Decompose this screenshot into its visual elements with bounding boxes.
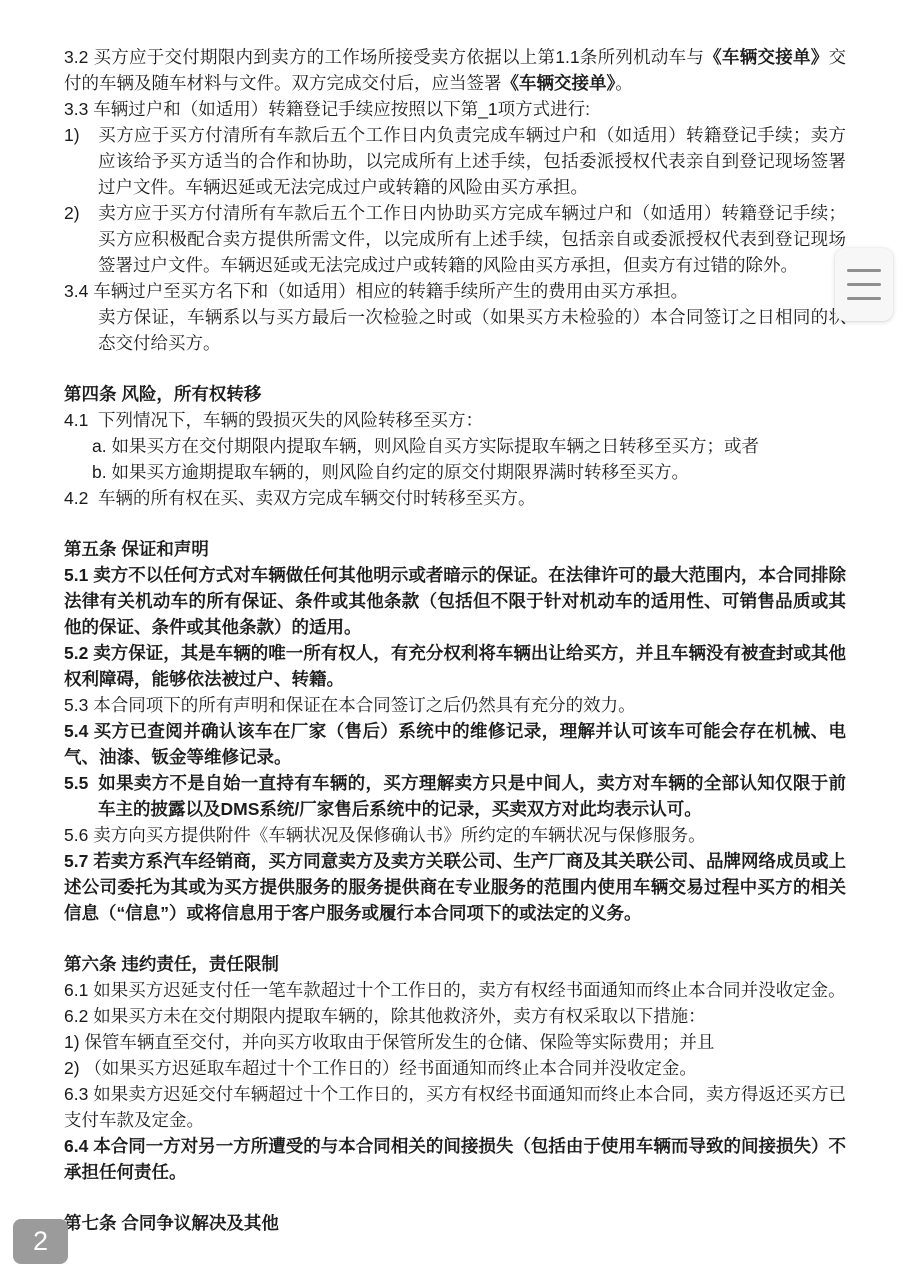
text-run: 第五条 保证和声明 — [64, 539, 209, 559]
text-run: 第七条 合同争议解决及其他 — [64, 1213, 279, 1233]
text-run: 1) 保管车辆直至交付，并向买方收取由于保管所发生的仓储、保险等实际费用；并且 — [64, 1032, 714, 1052]
paragraph: 卖方保证，车辆系以与买方最后一次检验之时或（如果买方未检验的）本合同签订之日相同… — [64, 304, 846, 356]
text-run: 3.3 车辆过户和（如适用）转籍登记手续应按照以下第_1项方式进行: — [64, 99, 590, 119]
paragraph: 3.4 车辆过户至买方名下和（如适用）相应的转籍手续所产生的费用由买方承担。 — [64, 278, 846, 304]
text-run: 如果卖方不是自始一直持有车辆的，买方理解卖方只是中间人，卖方对车辆的全部认知仅限… — [98, 773, 846, 819]
text-run: 《车辆交接单》 — [704, 47, 828, 67]
list-marker: 1) — [64, 122, 98, 148]
text-run: 卖方保证，车辆系以与买方最后一次检验之时或（如果买方未检验的）本合同签订之日相同… — [98, 307, 846, 353]
hamburger-bar — [847, 269, 881, 272]
paragraph: 5.7 若卖方系汽车经销商，买方同意卖方及卖方关联公司、生产厂商及其关联公司、品… — [64, 848, 846, 926]
paragraph: 5.2 卖方保证，其是车辆的唯一所有权人，有充分权利将车辆出让给买方，并且车辆没… — [64, 640, 846, 692]
text-run: b. 如果买方逾期提取车辆的，则风险自约定的原交付期限界满时转移至买方。 — [92, 462, 689, 482]
text-run: 《车辆交接单》 — [502, 73, 616, 93]
list-marker: 5.5 — [64, 770, 98, 796]
text-run: 5.7 若卖方系汽车经销商，买方同意卖方及卖方关联公司、生产厂商及其关联公司、品… — [64, 851, 846, 923]
paragraph: 6.2 如果买方未在交付期限内提取车辆的，除其他救济外，卖方有权采取以下措施： — [64, 1003, 846, 1029]
paragraph: 5.3 本合同项下的所有声明和保证在本合同签订之后仍然具有充分的效力。 — [64, 692, 846, 718]
text-run: 6.1 如果买方迟延支付任一笔车款超过十个工作日的，卖方有权经书面通知而终止本合… — [64, 980, 846, 1000]
paragraph: b. 如果买方逾期提取车辆的，则风险自约定的原交付期限界满时转移至买方。 — [64, 459, 846, 485]
text-run: 车辆的所有权在买、卖双方完成车辆交付时转移至买方。 — [98, 488, 536, 508]
text-run: 5.2 卖方保证，其是车辆的唯一所有权人，有充分权利将车辆出让给买方，并且车辆没… — [64, 643, 846, 689]
section-heading: 第四条 风险，所有权转移 — [64, 381, 846, 407]
paragraph: 1)买方应于买方付清所有车款后五个工作日内负责完成车辆过户和（如适用）转籍登记手… — [64, 122, 846, 200]
paragraph: 5.5如果卖方不是自始一直持有车辆的，买方理解卖方只是中间人，卖方对车辆的全部认… — [64, 770, 846, 822]
text-run: 下列情况下，车辆的毁损灭失的风险转移至买方： — [98, 410, 483, 430]
page-number-badge: 2 — [13, 1219, 68, 1264]
list-marker: 2) — [64, 200, 98, 226]
paragraph: a. 如果买方在交付期限内提取车辆，则风险自买方实际提取车辆之日转移至买方；或者 — [64, 433, 846, 459]
text-run: 2) （如果买方迟延取车超过十个工作日的）经书面通知而终止本合同并没收定金。 — [64, 1058, 697, 1078]
paragraph: 5.1 卖方不以任何方式对车辆做任何其他明示或者暗示的保证。在法律许可的最大范围… — [64, 562, 846, 640]
paragraph: 6.3 如果卖方迟延交付车辆超过十个工作日的，买方有权经书面通知而终止本合同，卖… — [64, 1081, 846, 1133]
paragraph: 2)卖方应于买方付清所有车款后五个工作日内协助买方完成车辆过户和（如适用）转籍登… — [64, 200, 846, 278]
text-run: 第六条 违约责任，责任限制 — [64, 954, 279, 974]
text-run: 卖方应于买方付清所有车款后五个工作日内协助买方完成车辆过户和（如适用）转籍登记手… — [98, 203, 846, 275]
section-heading: 第五条 保证和声明 — [64, 536, 846, 562]
paragraph: 3.3 车辆过户和（如适用）转籍登记手续应按照以下第_1项方式进行: — [64, 96, 846, 122]
text-run: 。 — [615, 73, 633, 93]
text-run: 5.4 买方已查阅并确认该车在厂家（售后）系统中的维修记录，理解并认可该车可能会… — [64, 721, 846, 767]
text-run: 买方应于买方付清所有车款后五个工作日内负责完成车辆过户和（如适用）转籍登记手续；… — [98, 125, 846, 197]
hamburger-bar — [847, 297, 881, 300]
list-marker: 4.2 — [64, 485, 98, 511]
text-run: 5.6 卖方向买方提供附件《车辆状况及保修确认书》所约定的车辆状况与保修服务。 — [64, 825, 706, 845]
paragraph: 4.1下列情况下，车辆的毁损灭失的风险转移至买方： — [64, 407, 846, 433]
paragraph: 3.2 买方应于交付期限内到卖方的工作场所接受卖方依据以上第1.1条所列机动车与… — [64, 44, 846, 96]
text-run: 3.2 买方应于交付期限内到卖方的工作场所接受卖方依据以上第1.1条所列机动车与 — [64, 47, 704, 67]
text-run: 6.3 如果卖方迟延交付车辆超过十个工作日的，买方有权经书面通知而终止本合同，卖… — [64, 1084, 846, 1130]
paragraph: 6.1 如果买方迟延支付任一笔车款超过十个工作日的，卖方有权经书面通知而终止本合… — [64, 977, 846, 1003]
paragraph: 5.6 卖方向买方提供附件《车辆状况及保修确认书》所约定的车辆状况与保修服务。 — [64, 822, 846, 848]
floating-menu-button[interactable] — [835, 248, 893, 321]
text-run: 5.3 本合同项下的所有声明和保证在本合同签订之后仍然具有充分的效力。 — [64, 695, 636, 715]
hamburger-bar — [847, 283, 881, 286]
list-marker: 4.1 — [64, 407, 98, 433]
text-run: 3.4 车辆过户至买方名下和（如适用）相应的转籍手续所产生的费用由买方承担。 — [64, 281, 688, 301]
paragraph: 5.4 买方已查阅并确认该车在厂家（售后）系统中的维修记录，理解并认可该车可能会… — [64, 718, 846, 770]
text-run: 第四条 风险，所有权转移 — [64, 384, 261, 404]
text-run: 6.2 如果买方未在交付期限内提取车辆的，除其他救济外，卖方有权采取以下措施： — [64, 1006, 706, 1026]
text-run: a. 如果买方在交付期限内提取车辆，则风险自买方实际提取车辆之日转移至买方；或者 — [92, 436, 759, 456]
paragraph: 6.4 本合同一方对另一方所遭受的与本合同相关的间接损失（包括由于使用车辆而导致… — [64, 1133, 846, 1185]
paragraph: 4.2车辆的所有权在买、卖双方完成车辆交付时转移至买方。 — [64, 485, 846, 511]
section-heading: 第七条 合同争议解决及其他 — [64, 1210, 846, 1236]
section-heading: 第六条 违约责任，责任限制 — [64, 951, 846, 977]
page-number: 2 — [33, 1226, 48, 1257]
text-run: 6.4 本合同一方对另一方所遭受的与本合同相关的间接损失（包括由于使用车辆而导致… — [64, 1136, 846, 1182]
paragraph: 1) 保管车辆直至交付，并向买方收取由于保管所发生的仓储、保险等实际费用；并且 — [64, 1029, 846, 1055]
text-run: 5.1 卖方不以任何方式对车辆做任何其他明示或者暗示的保证。在法律许可的最大范围… — [64, 565, 846, 637]
paragraph: 2) （如果买方迟延取车超过十个工作日的）经书面通知而终止本合同并没收定金。 — [64, 1055, 846, 1081]
contract-page: 3.2 买方应于交付期限内到卖方的工作场所接受卖方依据以上第1.1条所列机动车与… — [64, 44, 846, 1236]
